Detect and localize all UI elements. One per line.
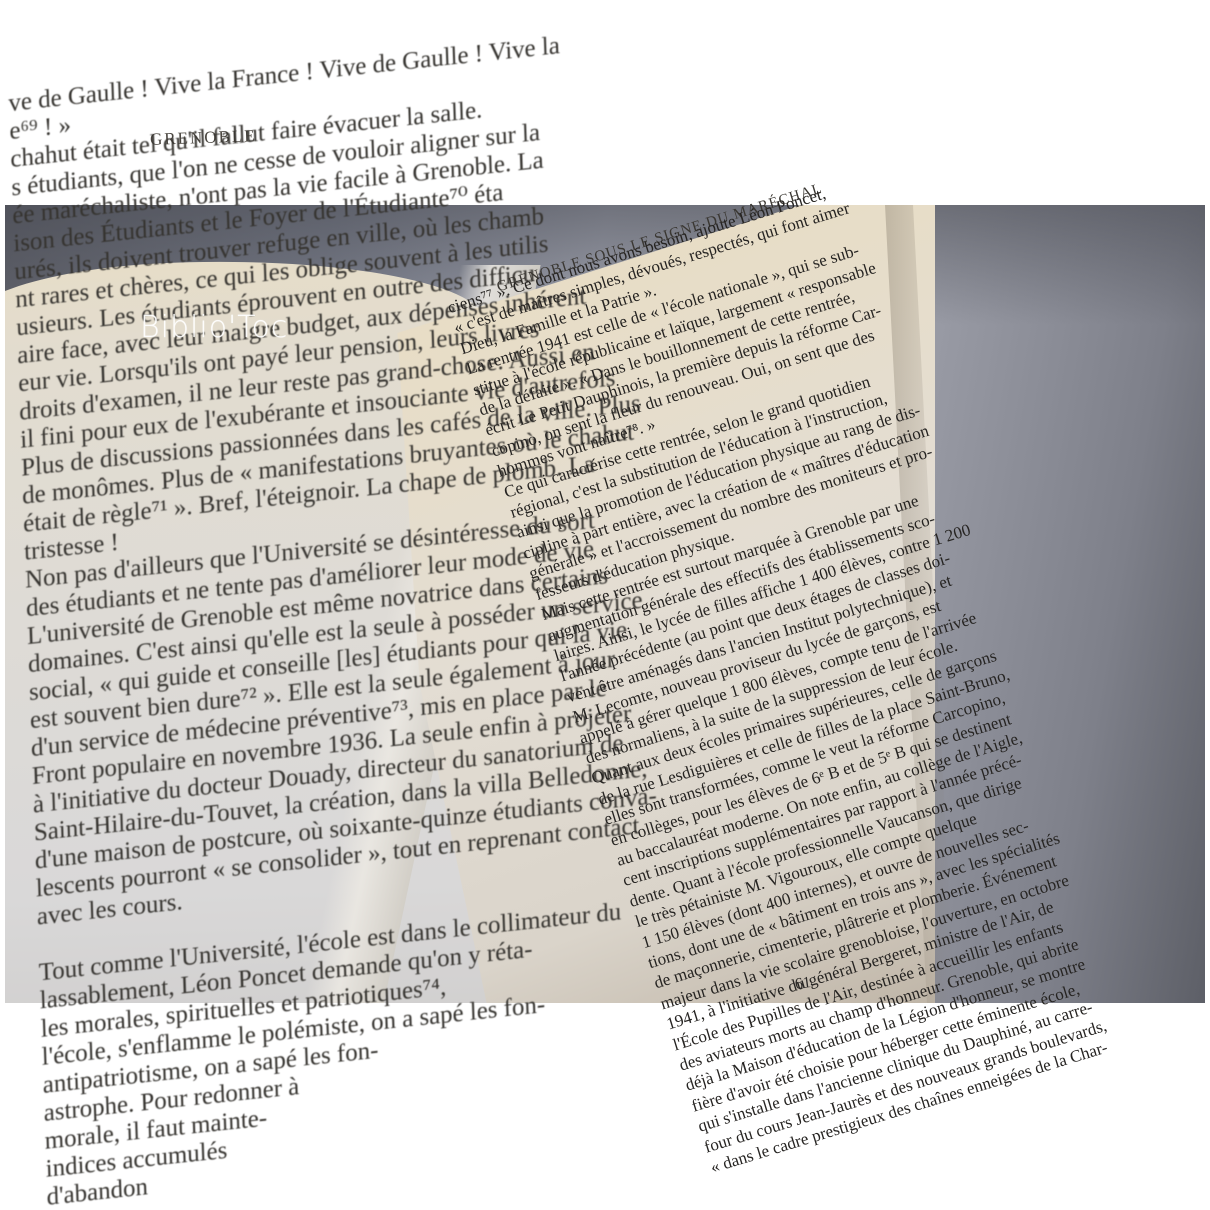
page-number: 61 — [794, 974, 812, 994]
watermark-logo: Biblio'Toc — [140, 310, 288, 345]
